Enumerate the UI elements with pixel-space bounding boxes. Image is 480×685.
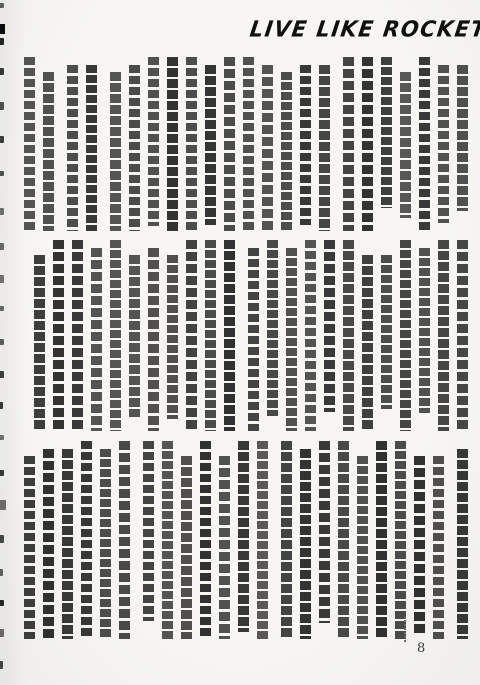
- text-column-redacted: [67, 65, 78, 231]
- text-column-redacted: [224, 240, 235, 431]
- text-column-redacted: [257, 441, 268, 639]
- scan-mark: [0, 600, 4, 606]
- text-column-redacted: [34, 255, 45, 431]
- scan-mark: [0, 3, 4, 8]
- text-column-redacted: [319, 441, 330, 623]
- scan-mark: [0, 243, 4, 250]
- text-column-redacted: [376, 441, 387, 639]
- text-column-redacted: [24, 456, 35, 639]
- scan-mark: [0, 470, 4, 476]
- scan-mark: [0, 435, 4, 440]
- scan-artifact: [0, 24, 5, 34]
- text-column-redacted: [110, 72, 121, 231]
- text-column-redacted: [238, 441, 249, 632]
- scan-mark: [0, 136, 4, 143]
- scan-mark: [0, 339, 4, 345]
- scan-mark: [0, 68, 4, 75]
- text-column-redacted: [395, 441, 406, 639]
- scan-mark: [0, 208, 4, 215]
- text-column-redacted: [248, 248, 259, 431]
- text-column-redacted: [414, 456, 425, 633]
- text-column-redacted: [400, 240, 411, 431]
- scan-mark: [0, 629, 4, 637]
- text-column-redacted: [300, 65, 311, 225]
- text-column-redacted: [438, 240, 449, 431]
- text-column-redacted: [129, 255, 140, 417]
- text-column-redacted: [143, 441, 154, 621]
- text-column-redacted: [381, 57, 392, 208]
- text-column-redacted: [205, 240, 216, 431]
- text-column-redacted: [224, 57, 235, 231]
- text-column-redacted: [167, 57, 178, 231]
- scan-mark: [0, 275, 4, 283]
- text-column-redacted: [362, 57, 373, 231]
- text-column-redacted: [357, 456, 368, 639]
- scan-mark: [0, 569, 3, 576]
- text-column-redacted: [181, 456, 192, 639]
- scanned-page: LIVE LIKE ROCKET! 8: [0, 0, 480, 685]
- text-column-redacted: [24, 57, 35, 231]
- text-column-redacted: [362, 255, 373, 431]
- text-column-redacted: [267, 240, 278, 416]
- text-column-redacted: [319, 65, 330, 231]
- text-column-redacted: [43, 449, 54, 639]
- page-number: 8: [417, 641, 425, 656]
- scan-mark: [0, 38, 4, 45]
- text-column-redacted: [433, 456, 444, 639]
- text-column-redacted: [324, 240, 335, 412]
- text-column-redacted: [343, 240, 354, 431]
- text-column-redacted: [162, 441, 173, 639]
- text-column-redacted: [419, 57, 430, 231]
- text-column-redacted: [86, 65, 97, 231]
- text-column-redacted: [205, 65, 216, 225]
- text-column-redacted: [43, 72, 54, 231]
- text-column-redacted: [338, 441, 349, 639]
- text-column-redacted: [419, 248, 430, 413]
- text-column-redacted: [148, 248, 159, 431]
- scan-artifact-dotted: [404, 617, 406, 642]
- text-column-redacted: [281, 441, 292, 639]
- scan-mark: [0, 535, 4, 543]
- text-column-redacted: [219, 456, 230, 639]
- text-column-redacted: [186, 57, 197, 231]
- text-column-redacted: [300, 449, 311, 639]
- text-column-redacted: [53, 240, 64, 431]
- scan-mark: [0, 102, 4, 110]
- text-column-redacted: [281, 72, 292, 231]
- text-block: [10, 441, 468, 639]
- text-column-redacted: [262, 65, 273, 231]
- scan-mark: [0, 171, 4, 176]
- text-column-redacted: [457, 449, 468, 639]
- text-column-redacted: [381, 255, 392, 409]
- scan-mark: [0, 500, 6, 510]
- text-block: [10, 240, 468, 431]
- text-block: [10, 57, 468, 231]
- text-column-redacted: [100, 449, 111, 639]
- text-column-redacted: [186, 240, 197, 431]
- text-column-redacted: [343, 57, 354, 231]
- text-column-redacted: [243, 57, 254, 231]
- text-column-redacted: [62, 449, 73, 639]
- scan-mark: [0, 371, 4, 378]
- text-column-redacted: [148, 57, 159, 226]
- text-column-redacted: [91, 248, 102, 431]
- text-column-redacted: [286, 248, 297, 431]
- text-column-redacted: [438, 65, 449, 223]
- text-column-redacted: [129, 65, 140, 231]
- text-column-redacted: [167, 255, 178, 419]
- text-column-redacted: [457, 65, 468, 211]
- text-column-redacted: [305, 240, 316, 431]
- text-column-redacted: [110, 240, 121, 431]
- scan-mark: [0, 661, 3, 669]
- scan-mark: [0, 306, 4, 311]
- text-column-redacted: [457, 240, 468, 431]
- text-column-redacted: [400, 72, 411, 218]
- text-column-redacted: [200, 441, 211, 639]
- text-column-redacted: [81, 441, 92, 639]
- page-title: LIVE LIKE ROCKET!: [248, 16, 462, 41]
- text-column-redacted: [72, 240, 83, 431]
- text-column-redacted: [119, 441, 130, 639]
- scan-mark: [0, 402, 3, 409]
